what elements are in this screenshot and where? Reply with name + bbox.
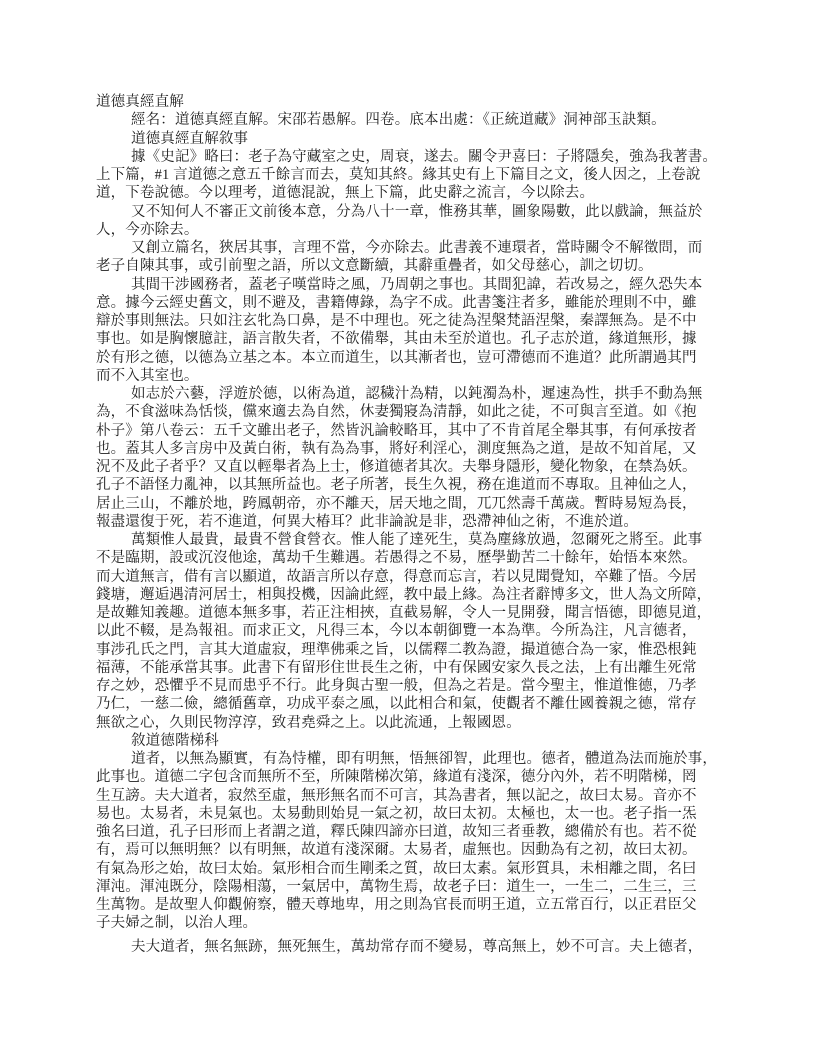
text-line: 為，不食滋味為恬惔，儻來適去為自然，休妻獨寢為清靜，如此之徒，不可與言至道。如《… [96, 403, 744, 421]
text-line: 道，下卷說德。今以理考，道德混說，無上下篇，此史辭之流言，今以除去。 [96, 184, 744, 202]
text-line: 乃仁，一慈二儉，總循舊章，功成平泰之風，以此相合和氣，使觀者不離仕國養親之德，常… [96, 695, 744, 713]
text-line: 以此不輟，是為報祖。而求正文，凡得三本，今以本朝御覽一本為準。今所為注，凡言德者… [96, 622, 744, 640]
text-line: 道者，以無為顯實，有為恃權，即有明無，悟無卻智，此理也。德者，體道為法而施於事， [96, 750, 744, 768]
document-body: 道德真經直解經名：道德真經直解。宋邵若愚解。四卷。底本出處：《正統道藏》洞神部玉… [96, 93, 744, 956]
text-line: 事也。如是胸懷臆註，語言散失者，不欲備舉，其由未至於道也。孔子志於道，緣道無形，… [96, 330, 744, 348]
text-line: 渾沌。渾沌既分，陰陽相蕩，一氣居中，萬物生焉，故老子曰：道生一，一生二，二生三，… [96, 878, 744, 896]
text-line: 老子自陳其事，或引前聖之語，所以文意斷續，其辭重疊者，如父母慈心，訓之切切。 [96, 257, 744, 275]
text-line: 生互謗。夫大道者，寂然至虛，無形無名而不可言，其為書者，無以記之，故曰太易。音亦… [96, 787, 744, 805]
text-line: 意。據今云經史舊文，則不避及，書籍傳錄，為字不成。此書箋注者多，雖能於理則不中，… [96, 294, 744, 312]
text-line: 福薄，不能承當其事。此書下有留形住世長生之術，中有保國安家久長之法，上有出離生死… [96, 659, 744, 677]
text-line: 又不知何人不審正文前後本意，分為八十一章，惟務其華，圖象陽數，此以戲論，無益於 [96, 203, 744, 221]
text-line: 生萬物。是故聖人仰觀俯察，體天尊地卑，用之則為官長而明王道，立五常百行，以正君臣… [96, 896, 744, 914]
text-line: 是故難知義趣。道德本無多事，若正注相挾，直截易解，令人一見開發，聞言悟德，即德見… [96, 604, 744, 622]
text-line: 據《史記》略曰：老子為守藏室之史，周衰，遂去。關令尹喜曰：子將隱矣，強為我著書。 [96, 148, 744, 166]
text-line: 子夫婦之制，以治人理。 [96, 914, 744, 932]
text-line: 也。蓋其人多言房中及黃白術，執有為為事，將好利淫心，測度無為之道，是故不知首尾，… [96, 440, 744, 458]
text-line: 況不及此子者乎？又直以輕舉者為上士，修道德者其次。夫舉身隱形，變化物象，在禁為妖… [96, 458, 744, 476]
text-line: 萬類惟人最貴，最貴不營食營衣。惟人能了達死生，莫為塵緣放過，忽爾死之將至。此事 [96, 531, 744, 549]
text-line: 朴子》第八卷云：五千文雖出老子，然皆汎論較略耳，其中了不肯首尾全舉其事，有何承按… [96, 422, 744, 440]
text-line: 居止三山，不離於地，跨鳳朝帝，亦不離天，居天地之間，兀兀然壽千萬歲。暫時易短為長… [96, 495, 744, 513]
text-line: 而不入其室也。 [96, 367, 744, 385]
text-line: 有，焉可以無明無？以有明無，故道有淺深爾。太易者，虛無也。因動為有之初，故曰太初… [96, 841, 744, 859]
text-line: 其間干涉國務者，蓋老子嘆當時之風，乃周朝之事也。其間犯諱，若改易之，經久恐失本 [96, 276, 744, 294]
text-line: 孔子不語怪力亂神，以其無所益也。老子所著，長生久視，務在進道而不專取。且神仙之人… [96, 476, 744, 494]
text-line: 事涉孔氏之門，言其大道虛寂，理準佛乘之旨，以儒釋二教為證，撮道德合為一家，惟恐根… [96, 641, 744, 659]
text-line: 又創立篇名，狹居其事，言理不當，今亦除去。此書義不連環者，當時關令不解徵問，而 [96, 239, 744, 257]
text-line: 此事也。道德二字包含而無所不至，所陳階梯次第，緣道有淺深，德分內外，若不明階梯，… [96, 768, 744, 786]
text-line: 有氣為形之始，故曰太始。氣形相合而生剛柔之質，故曰太素。氣形質具，未相離之間，名… [96, 860, 744, 878]
text-line: 上下篇，#1 言道德之意五千餘言而去，莫知其終。緣其史有上下篇目之文，後人因之，… [96, 166, 744, 184]
text-line: 於有形之德，以德為立基之本。本立而道生，以其漸者也，豈可滯德而不進道？此所謂過其… [96, 349, 744, 367]
text-line: 如志於六藝，浮遊於德，以術為道，認穢汁為精，以鈍濁為朴，遲速為性，拱手不動為無 [96, 385, 744, 403]
text-line: 夫大道者，無名無跡，無死無生，萬劫常存而不變易，尊高無上，妙不可言。夫上德者， [96, 938, 744, 956]
text-line: 不是臨期，設或沉沒他途，萬劫千生難遇。若愚得之不易，歷學勤苦二十餘年，始悟本來然… [96, 549, 744, 567]
text-line: 人，今亦除去。 [96, 221, 744, 239]
text-line: 辯於事則無法。只如注玄牝為口鼻，是不中理也。死之徒為涅槃梵語涅槃，秦譯無為。是不… [96, 312, 744, 330]
text-line: 存之妙，恐懼乎不見而患乎不行。此身與古聖一般，但為之若是。當今聖主，惟道惟德，乃… [96, 677, 744, 695]
text-line: 經名：道德真經直解。宋邵若愚解。四卷。底本出處：《正統道藏》洞神部玉訣類。 [96, 111, 744, 129]
text-line: 而大道無言，借有言以顯道，故語言所以存意，得意而忘言，若以見聞覺知，卒難了悟。今… [96, 568, 744, 586]
document-page: 道德真經直解經名：道德真經直解。宋邵若愚解。四卷。底本出處：《正統道藏》洞神部玉… [0, 0, 816, 1056]
text-line: 道德真經直解敘事 [96, 130, 744, 148]
text-line: 道德真經直解 [96, 93, 744, 111]
text-line: 無欲之心，久則民物淳淳，致君堯舜之上。以此流通，上報國恩。 [96, 714, 744, 732]
text-line: 報盡還復于死，若不進道，何異大椿耳？此非論說是非，恐滯神仙之術，不進於道。 [96, 513, 744, 531]
text-line: 敘道德階梯科 [96, 732, 744, 750]
text-line: 易也。太易者，未見氣也。太易動則始見一氣之初，故曰太初。太極也，太一也。老子指一… [96, 805, 744, 823]
text-line: 強名曰道，孔子曰形而上者謂之道，釋氏陳四諦亦曰道，故知三者垂教，總備於有也。若不… [96, 823, 744, 841]
text-line: 錢塘，邂逅遇清河居士，相與投機，因論此經，教中最上緣。為注者辭博多文，世人為文所… [96, 586, 744, 604]
